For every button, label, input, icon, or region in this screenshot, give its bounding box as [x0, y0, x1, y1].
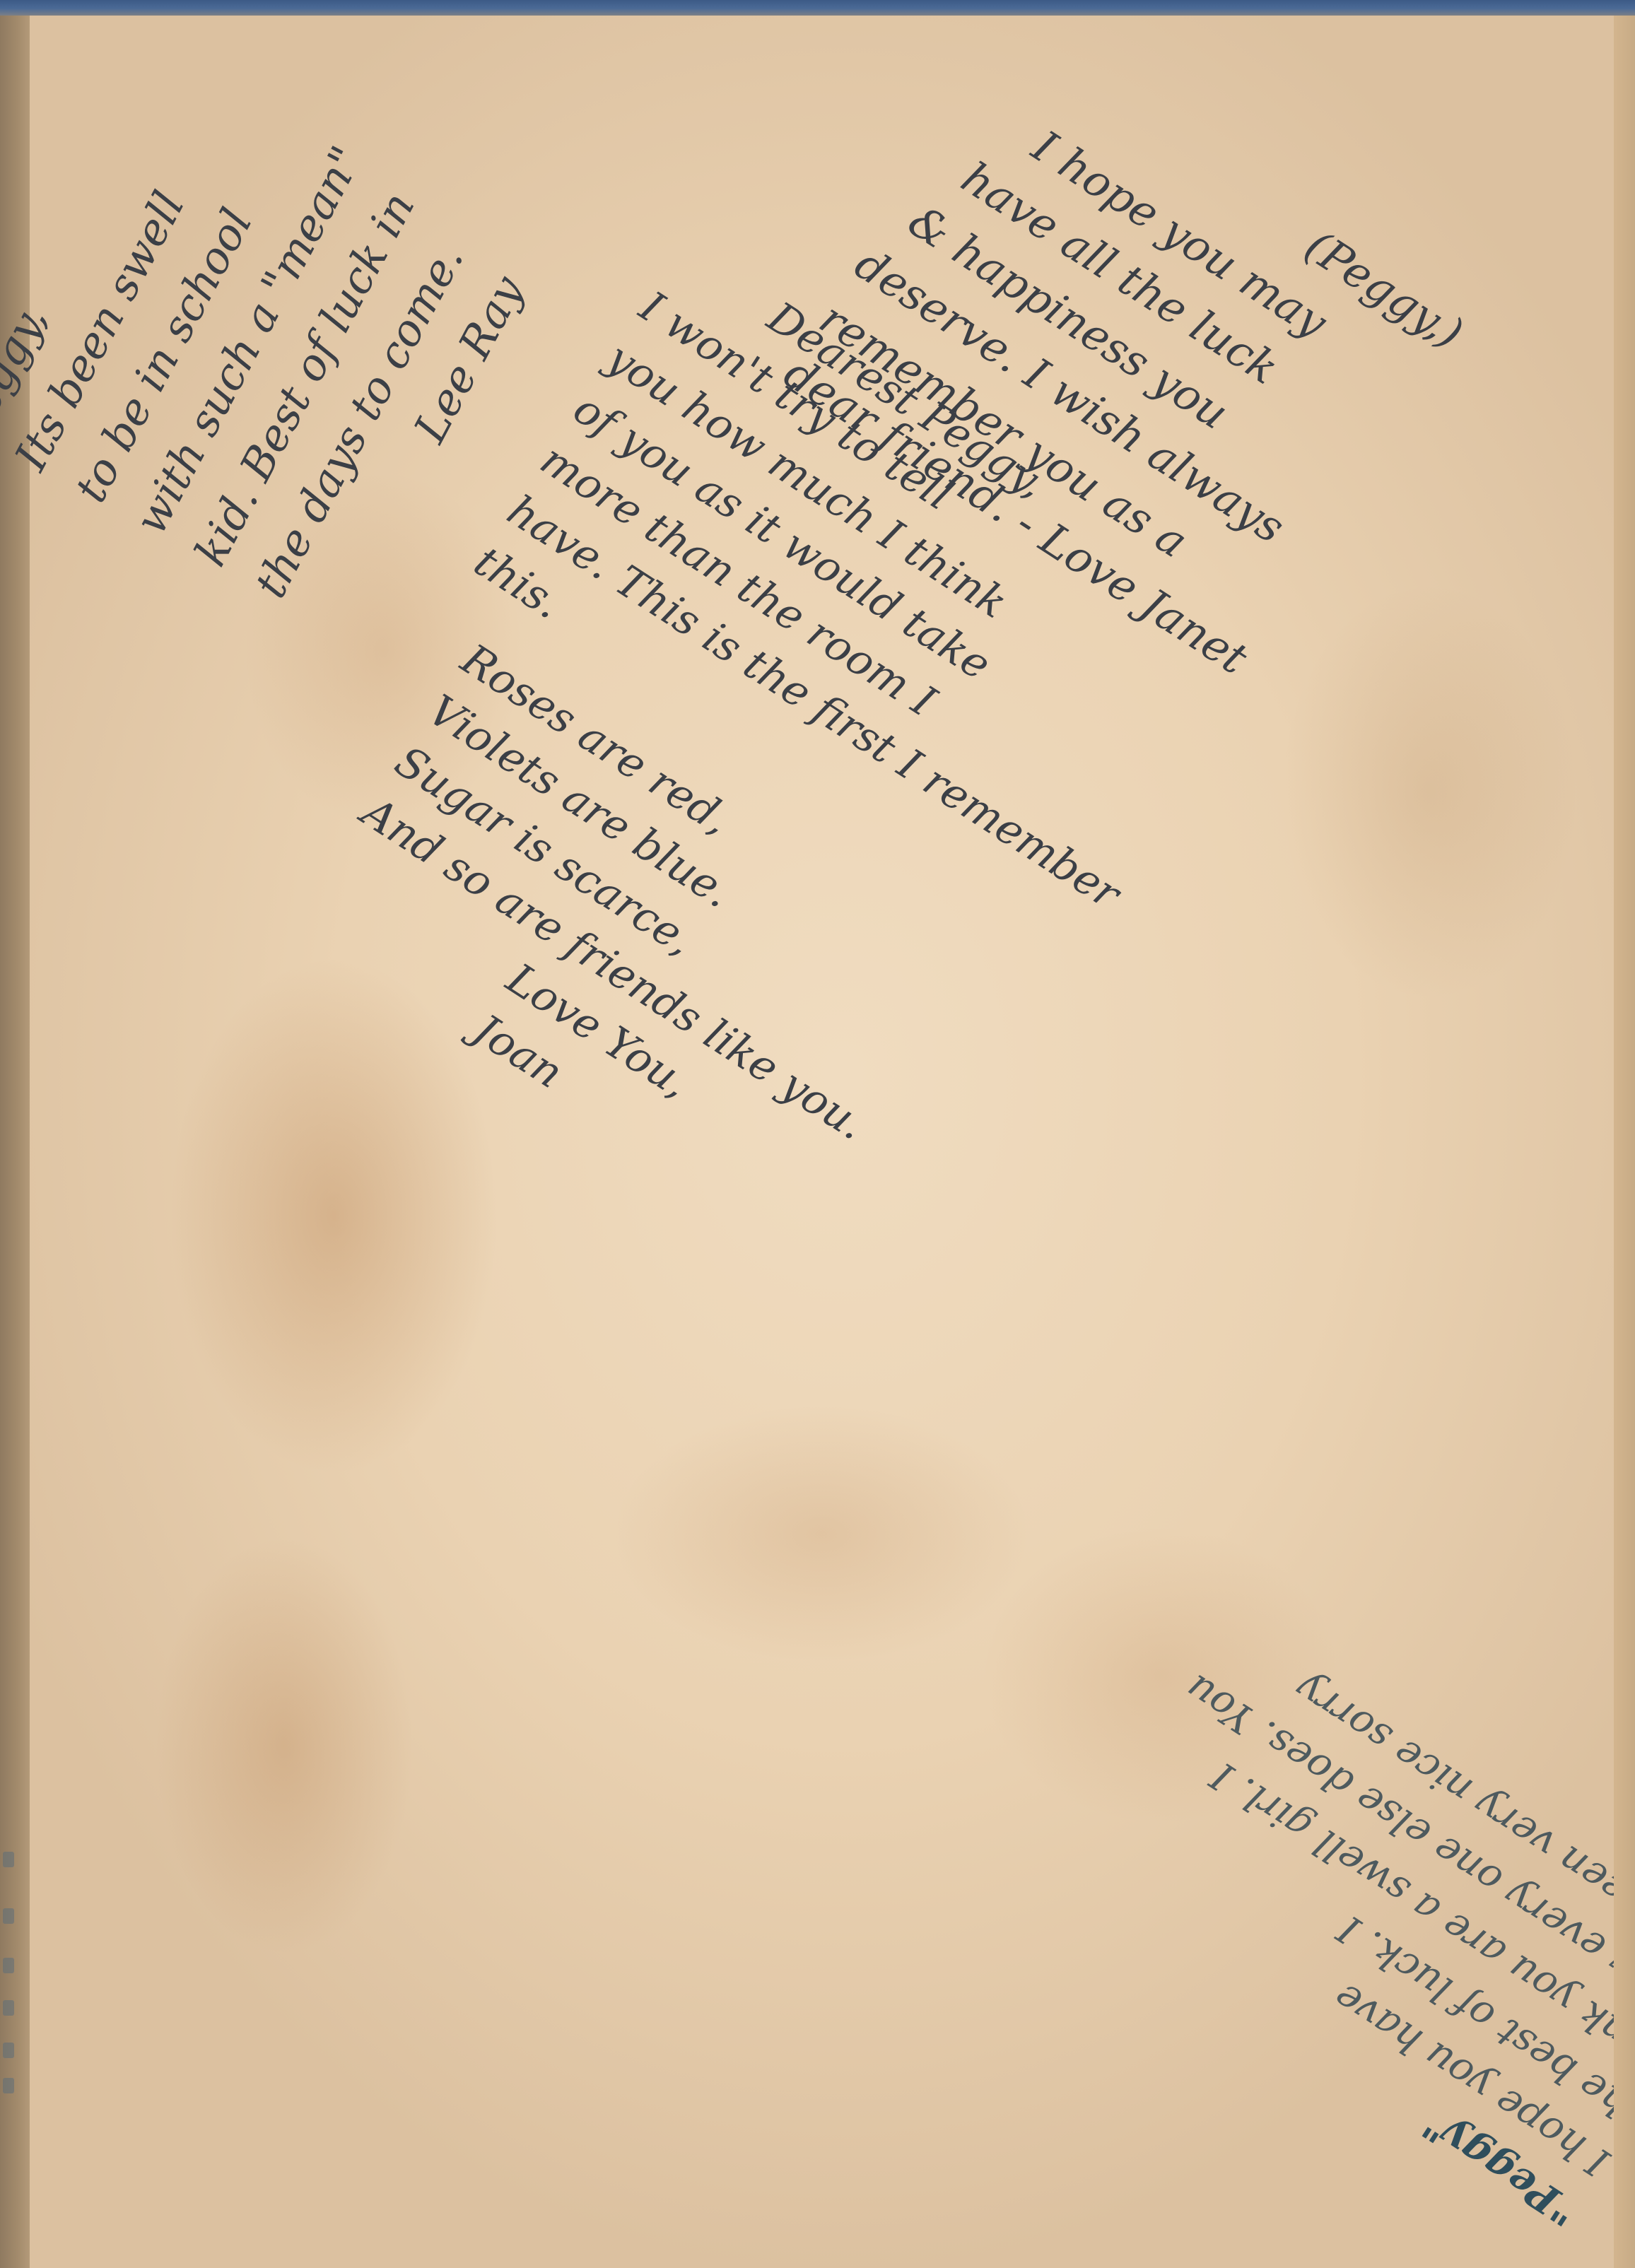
autograph-page: Peggy, Its been swell to be in school wi…: [30, 14, 1614, 2268]
spine-mark: [3, 1958, 14, 1973]
spine-lettering: [3, 1852, 17, 2205]
autograph-note-lee-ray: Peggy, Its been swell to be in school wi…: [0, 38, 560, 642]
page-edge: [1614, 14, 1635, 2268]
spine-mark: [3, 2000, 14, 2016]
spine-mark: [3, 2078, 14, 2093]
spine-mark: [3, 1908, 14, 1924]
book-cover-edge: [0, 0, 1635, 16]
autograph-note-upside-down: "Peggy" I hope you have the best of luck…: [1044, 1609, 1635, 2240]
spine-mark: [3, 1852, 14, 1867]
spine-mark: [3, 2043, 14, 2058]
